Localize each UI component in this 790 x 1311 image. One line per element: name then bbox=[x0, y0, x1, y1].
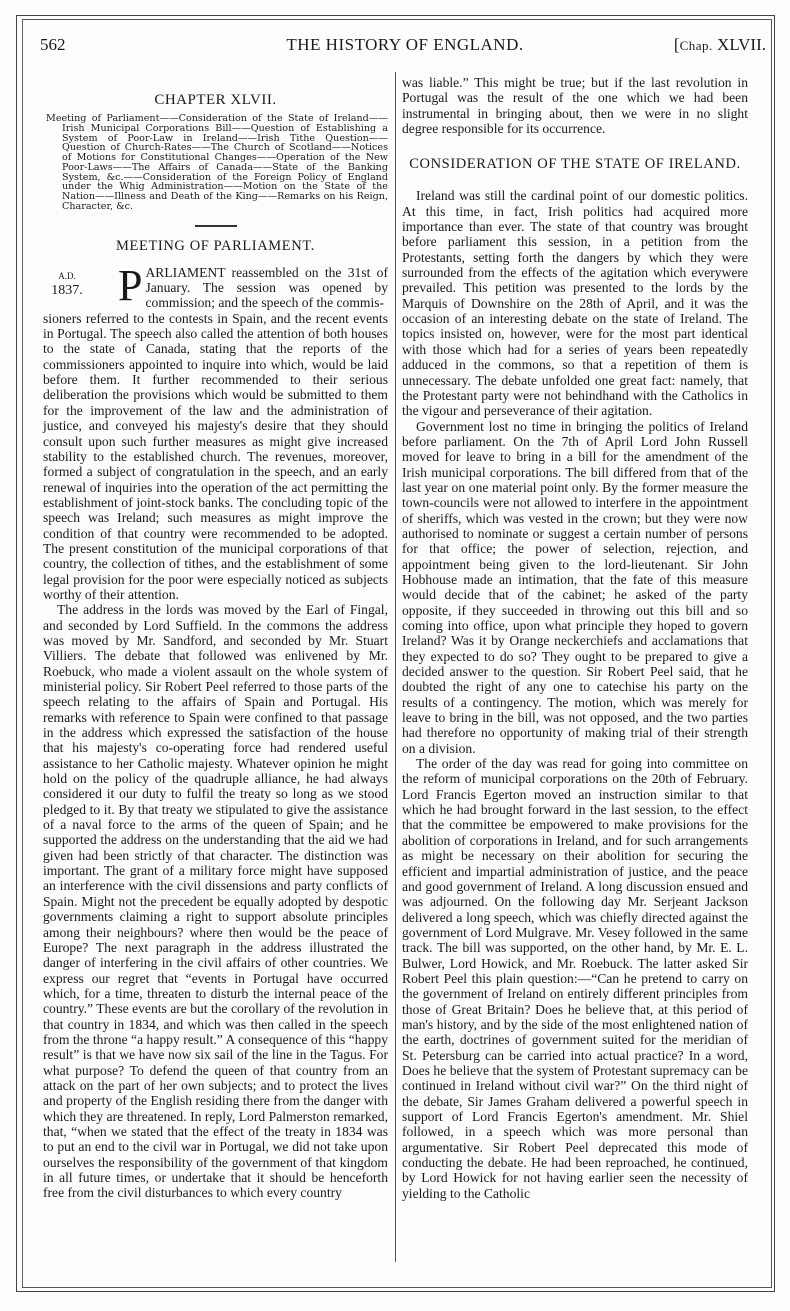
chap-numeral: XLVII. bbox=[713, 35, 766, 54]
continuation-paragraph: was liable.” This might be true; but if … bbox=[402, 75, 748, 136]
opening-text: PARLIAMENT reassembled on the 31st of Ja… bbox=[118, 265, 388, 311]
section-title-state-of-ireland: CONSIDERATION OF THE STATE OF IRELAND. bbox=[402, 156, 748, 172]
paragraph: Government lost no time in bringing the … bbox=[402, 419, 748, 757]
paragraph: Ireland was still the cardinal point of … bbox=[402, 188, 748, 418]
chapter-reference: [Chap. XLVII. bbox=[674, 35, 766, 55]
page-number: 562 bbox=[40, 35, 66, 55]
right-column: was liable.” This might be true; but if … bbox=[402, 75, 748, 1201]
paragraph: The order of the day was read for going … bbox=[402, 756, 748, 1201]
chapter-summary: Meeting of Parliament——Consideration of … bbox=[46, 114, 388, 211]
paragraph: The address in the lords was moved by th… bbox=[43, 602, 388, 1200]
opening-paragraph: A.D. 1837. PARLIAMENT reassembled on the… bbox=[43, 265, 388, 311]
chapter-title: CHAPTER XLVII. bbox=[43, 93, 388, 108]
date-sidenote: A.D. 1837. bbox=[43, 269, 91, 298]
chap-abbrev: Chap. bbox=[680, 38, 713, 53]
drop-cap: P bbox=[118, 267, 142, 305]
sidenote-era: A.D. bbox=[43, 269, 91, 283]
left-column: CHAPTER XLVII. Meeting of Parliament——Co… bbox=[43, 75, 388, 1201]
running-title: THE HISTORY OF ENGLAND. bbox=[40, 35, 770, 55]
column-divider bbox=[395, 72, 396, 1262]
running-header: THE HISTORY OF ENGLAND. 562 [Chap. XLVII… bbox=[40, 35, 770, 57]
section-rule bbox=[195, 225, 237, 227]
paragraph: sioners referred to the contests in Spai… bbox=[43, 311, 388, 603]
section-title-meeting-of-parliament: MEETING OF PARLIAMENT. bbox=[43, 239, 388, 254]
opening-lines: ARLIAMENT reassembled on the 31st of Jan… bbox=[145, 265, 388, 311]
sidenote-year: 1837. bbox=[51, 283, 83, 298]
